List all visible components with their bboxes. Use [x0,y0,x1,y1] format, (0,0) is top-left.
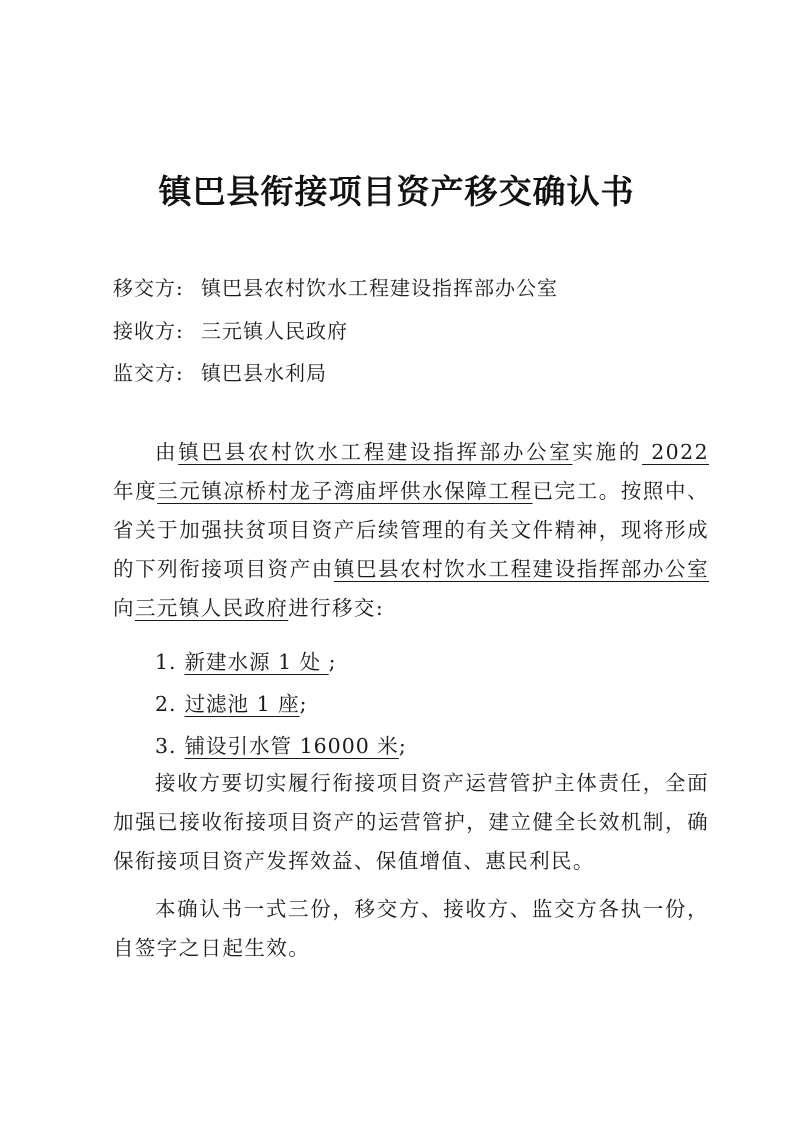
item-text: 过滤池 1 座 [185,692,300,716]
project-name: 三元镇凉桥村龙子湾庙坪供水保障工程 [157,479,532,503]
item-number: 1. [155,650,177,674]
item-text: 铺设引水管 16000 米 [185,734,399,758]
responsibility-paragraph: 接收方要切实履行衔接项目资产运营管护主体责任，全面加强已接收衔接项目资产的运营管… [113,764,709,881]
asset-item: 2.过滤池 1 座; [155,687,308,717]
item-number: 3. [155,734,177,758]
project-year: 2022 [642,440,709,464]
intro-text: 年度 [113,479,157,503]
document-title: 镇巴县衔接项目资产移交确认书 [0,166,793,213]
implementer-name: 镇巴县农村饮水工程建设指挥部办公室 [178,440,572,464]
item-number: 2. [155,692,177,716]
intro-text: 实施的 [572,440,642,464]
supervisor-label: 监交方: [113,357,201,386]
item-suffix: ; [399,734,407,758]
item-text: 新建水源 1 处 [185,650,329,674]
from-party: 镇巴县农村饮水工程建设指挥部办公室 [334,557,709,581]
to-party: 三元镇人民政府 [135,596,288,620]
transferor-line: 移交方:镇巴县农村饮水工程建设指挥部办公室 [113,272,558,301]
item-suffix: ; [329,650,337,674]
copies-paragraph: 本确认书一式三份，移交方、接收方、监交方各执一份，自签字之日起生效。 [113,890,709,968]
transferor-label: 移交方: [113,272,201,301]
transferor-value: 镇巴县农村饮水工程建设指挥部办公室 [201,276,558,300]
receiver-value: 三元镇人民政府 [201,319,348,343]
intro-text: 由 [155,440,178,464]
asset-item: 1.新建水源 1 处 ; [155,645,337,675]
intro-text: 向 [113,596,135,620]
receiver-label: 接收方: [113,315,201,344]
supervisor-line: 监交方:镇巴县水利局 [113,357,327,386]
intro-text: 进行移交: [288,596,384,620]
supervisor-value: 镇巴县水利局 [201,361,327,385]
receiver-line: 接收方:三元镇人民政府 [113,315,348,344]
item-suffix: ; [300,692,308,716]
asset-item: 3.铺设引水管 16000 米; [155,729,407,759]
intro-paragraph: 由镇巴县农村饮水工程建设指挥部办公室实施的 2022 年度三元镇凉桥村龙子湾庙坪… [113,433,709,628]
